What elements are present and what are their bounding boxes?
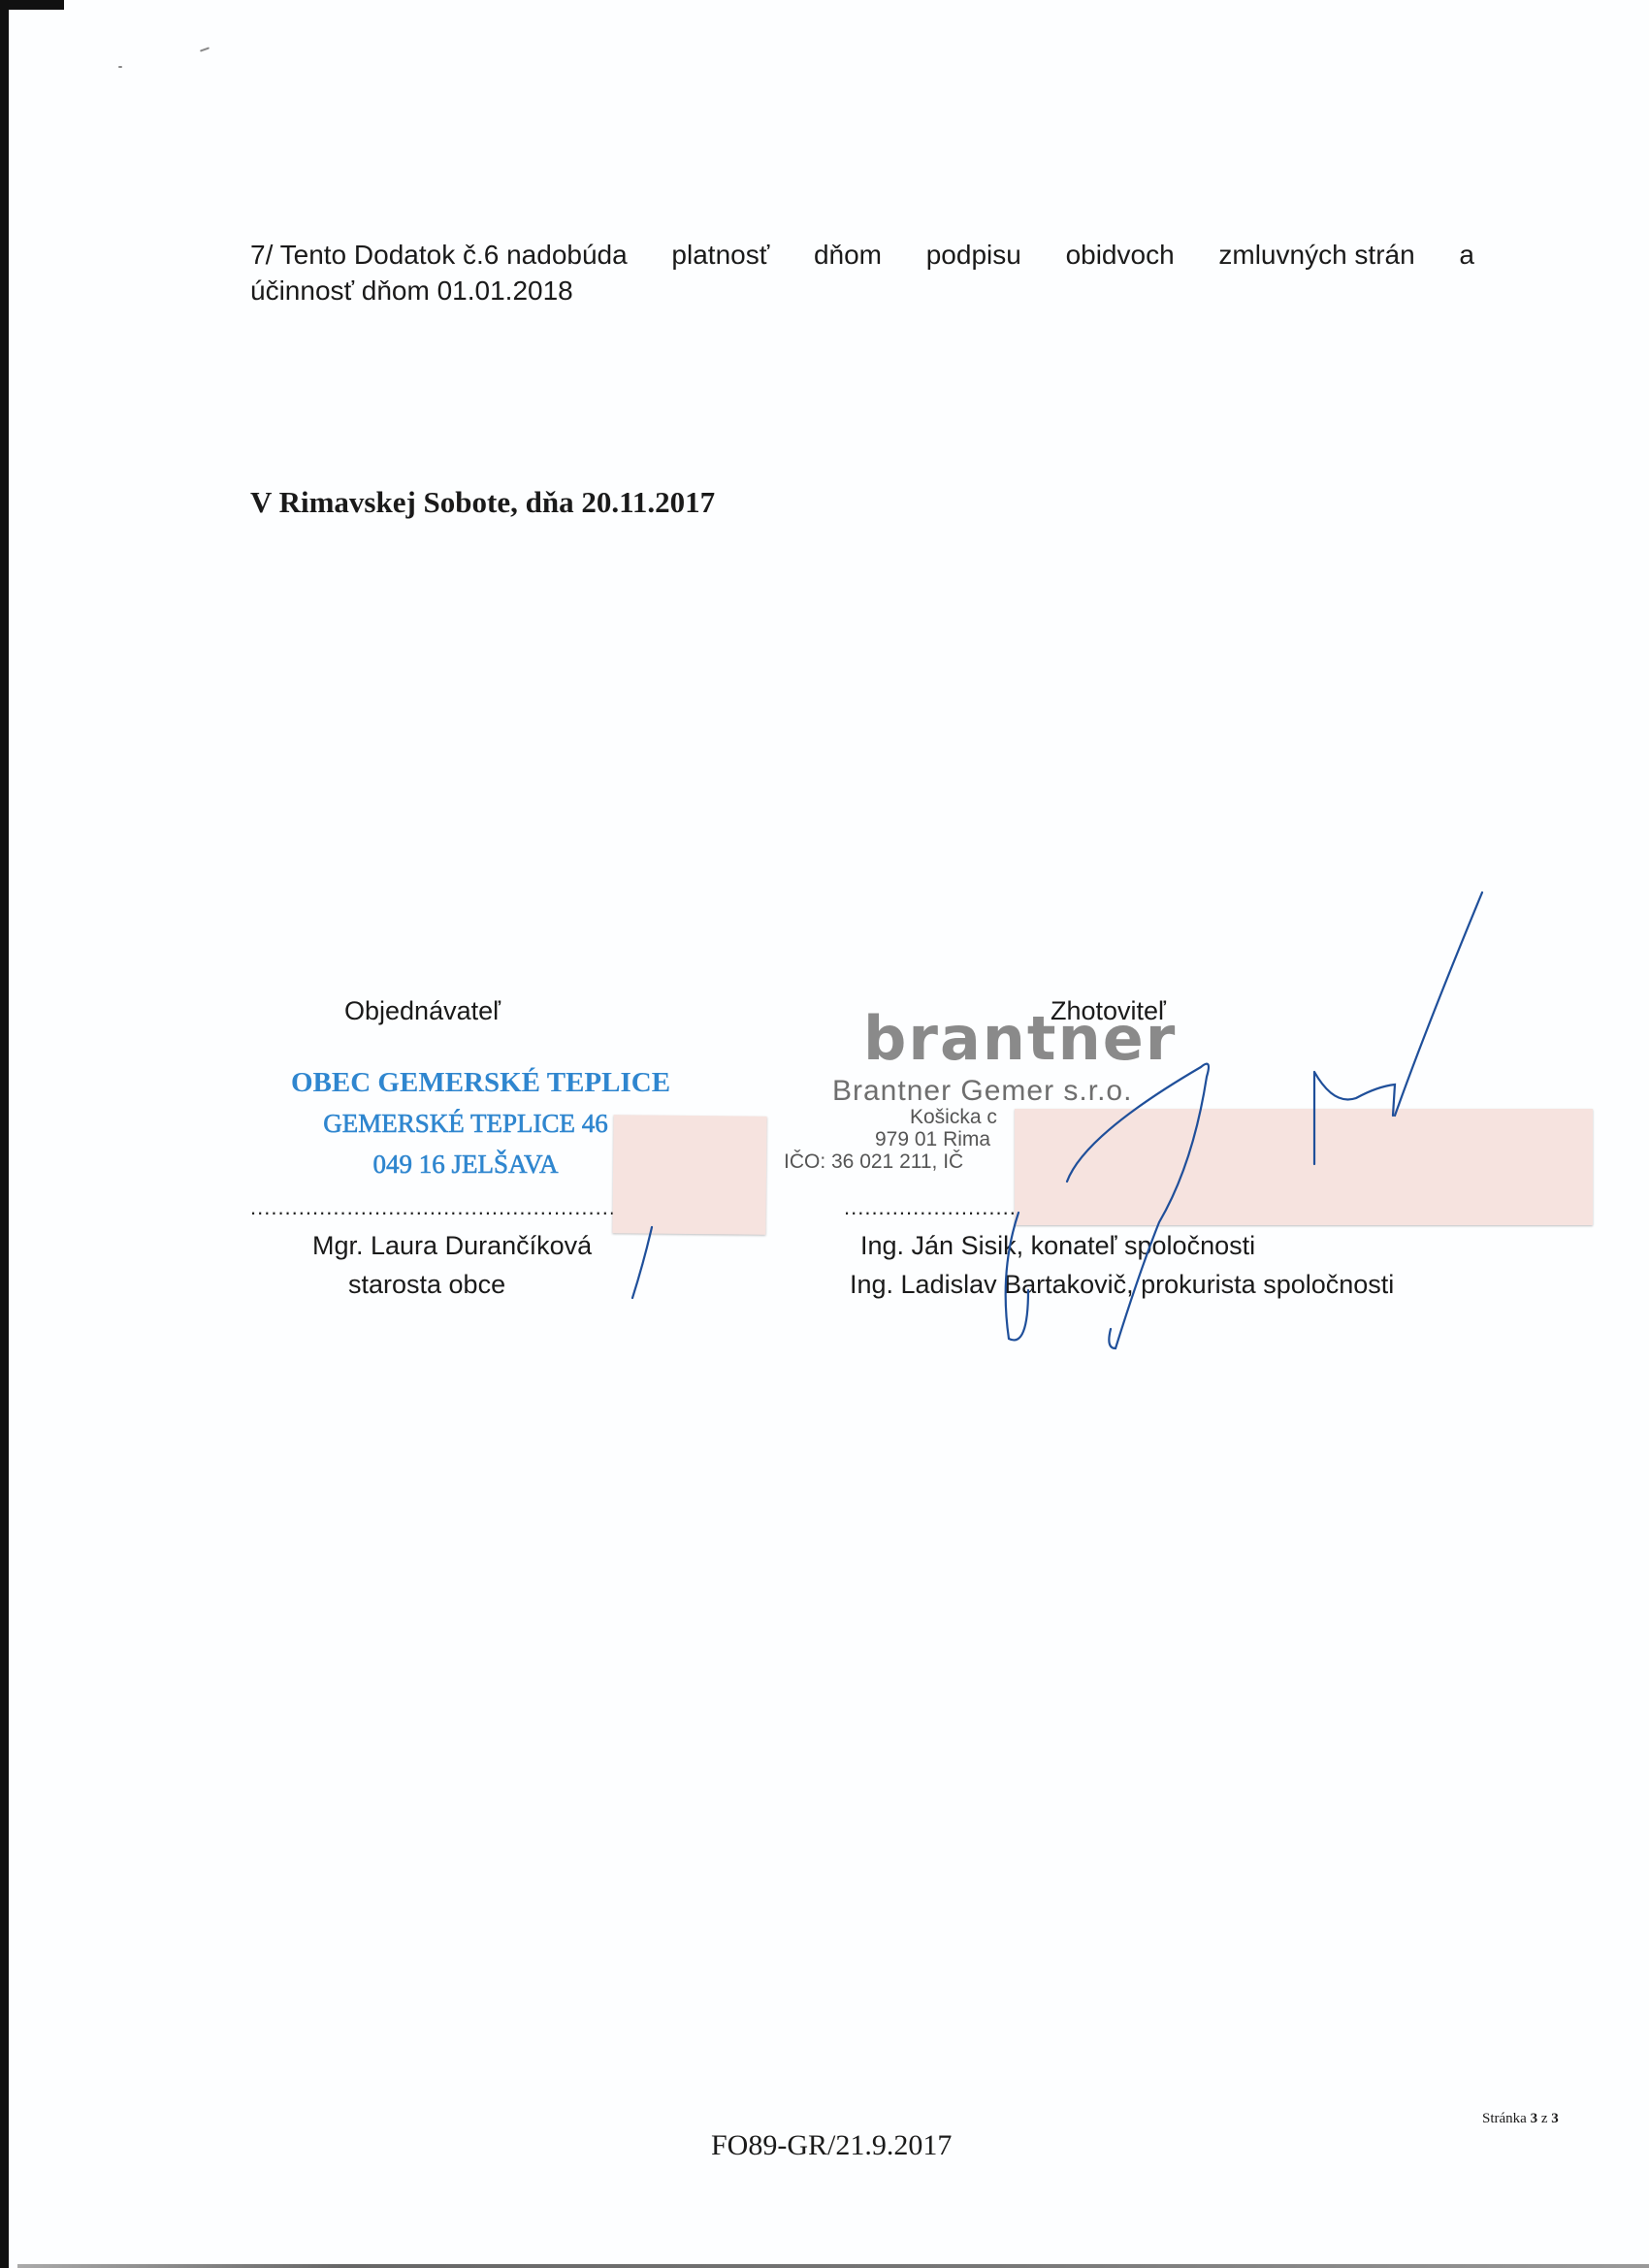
stamp-line-2: GEMERSKÉ TEPLICE 46 [291, 1103, 640, 1144]
brantner-logo: brantner [863, 1009, 1177, 1069]
place-and-date: V Rimavskej Sobote, dňa 20.11.2017 [250, 485, 715, 520]
stamp-address-street: Košicka c [910, 1106, 997, 1129]
stamp-address-city: 979 01 Rima [875, 1128, 990, 1151]
paragraph-line-1: 7/ Tento Dodatok č.6 nadobúda platnosť d… [250, 237, 1474, 273]
stamp-company-name: Brantner Gemer s.r.o. [832, 1075, 1132, 1108]
client-signatory-title: starosta obce [348, 1265, 505, 1304]
paragraph-word: platnosť [671, 237, 769, 273]
client-role-label: Objednávateľ [344, 996, 501, 1026]
scan-border-bottom [17, 2264, 1649, 2268]
form-code: FO89-GR/21.9.2017 [711, 2129, 952, 2162]
paragraph-word: obidvoch [1066, 237, 1175, 273]
paragraph-word: podpisu [926, 237, 1021, 273]
redaction-box-right [1015, 1109, 1593, 1225]
signature-line-right: ........................................… [844, 1195, 1018, 1220]
contractor-signatory-1: Ing. Ján Sisik, konateľ spoločnosti [860, 1226, 1255, 1265]
stamp-line-1: OBEC GEMERSKÉ TEPLICE [291, 1062, 640, 1103]
page-separator: z [1541, 2111, 1548, 2126]
contractor-signatory-2: Ing. Ladislav Bartakovič, prokurista spo… [850, 1265, 1394, 1304]
page-number: Stránka 3 z 3 [1482, 2111, 1559, 2127]
client-signatory-name: Mgr. Laura Durančíková [312, 1226, 592, 1265]
paragraph-word: a [1459, 237, 1474, 273]
signature-line-left: ........................................… [250, 1195, 619, 1220]
page-current: 3 [1531, 2111, 1538, 2126]
page-label: Stránka [1482, 2111, 1527, 2126]
paragraph-line-2: účinnosť dňom 01.01.2018 [250, 273, 1474, 308]
stamp-company-id: IČO: 36 021 211, IČ [784, 1150, 963, 1174]
scan-speck [200, 47, 210, 51]
municipality-stamp: OBEC GEMERSKÉ TEPLICE GEMERSKÉ TEPLICE 4… [291, 1062, 640, 1184]
article-7-paragraph: 7/ Tento Dodatok č.6 nadobúda platnosť d… [250, 237, 1474, 308]
scan-border-top [0, 0, 64, 10]
scan-border-left [0, 0, 9, 2268]
paragraph-word: 7/ Tento Dodatok č.6 nadobúda [250, 237, 628, 273]
scan-speck [118, 66, 122, 68]
stamp-line-3: 049 16 JELŠAVA [291, 1144, 640, 1184]
paragraph-word: zmluvných strán [1218, 237, 1414, 273]
paragraph-word: dňom [814, 237, 882, 273]
page-total: 3 [1551, 2111, 1559, 2126]
redaction-box-left [612, 1115, 766, 1235]
